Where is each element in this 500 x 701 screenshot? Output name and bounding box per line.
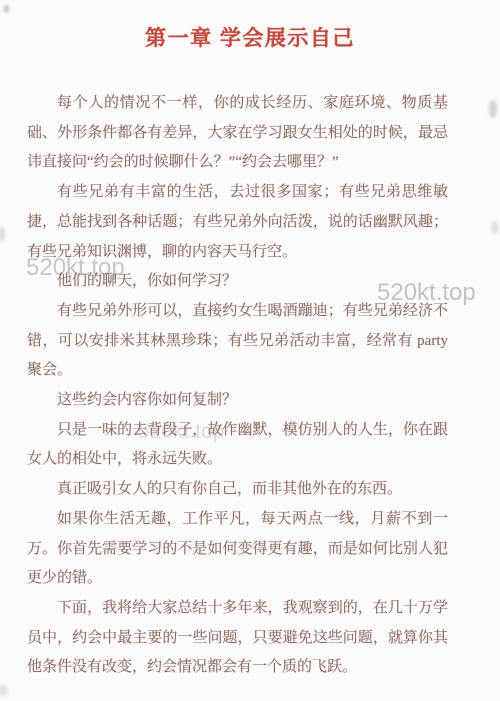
paragraph: 他们的聊天，你如何学习？ bbox=[27, 267, 448, 297]
paragraph: 如果你生活无趣，工作平凡，每天两点一线，月薪不到一万。你首先需要学习的不是如何变… bbox=[27, 505, 448, 594]
paragraph: 有些兄弟外形可以，直接约女生喝酒蹦迪；有些兄弟经济不错，可以安排米其林黑珍珠；有… bbox=[27, 297, 448, 386]
chapter-title: 第一章 学会展示自己 bbox=[0, 22, 500, 52]
paragraph: 这些约会内容你如何复制？ bbox=[27, 386, 448, 416]
scan-artifact bbox=[489, 100, 497, 118]
paragraph: 有些兄弟有丰富的生活，去过很多国家；有些兄弟思维敏捷，总能找到各种话题；有些兄弟… bbox=[27, 178, 448, 267]
scan-artifact bbox=[4, 5, 9, 13]
ebook-page: 520kt.top 520kt.top 520kt.top 第一章 学会展示自己… bbox=[0, 0, 500, 701]
scan-artifact bbox=[0, 685, 8, 696]
paragraph: 下面，我将给大家总结十多年来，我观察到的，在几十万学员中，约会中最主要的一些问题… bbox=[27, 594, 448, 683]
scan-artifact bbox=[491, 221, 499, 234]
chapter-body: 每个人的情况不一样，你的成长经历、家庭环境、物质基础、外形条件都各有差异，大家在… bbox=[27, 89, 448, 683]
paragraph: 真正吸引女人的只有你自己，而非其他外在的东西。 bbox=[27, 475, 448, 505]
paragraph: 每个人的情况不一样，你的成长经历、家庭环境、物质基础、外形条件都各有差异，大家在… bbox=[27, 89, 448, 178]
paragraph: 只是一味的去背段子，故作幽默，模仿别人的人生，你在跟女人的相处中，将永远失败。 bbox=[27, 416, 448, 475]
scan-artifact bbox=[0, 227, 5, 242]
